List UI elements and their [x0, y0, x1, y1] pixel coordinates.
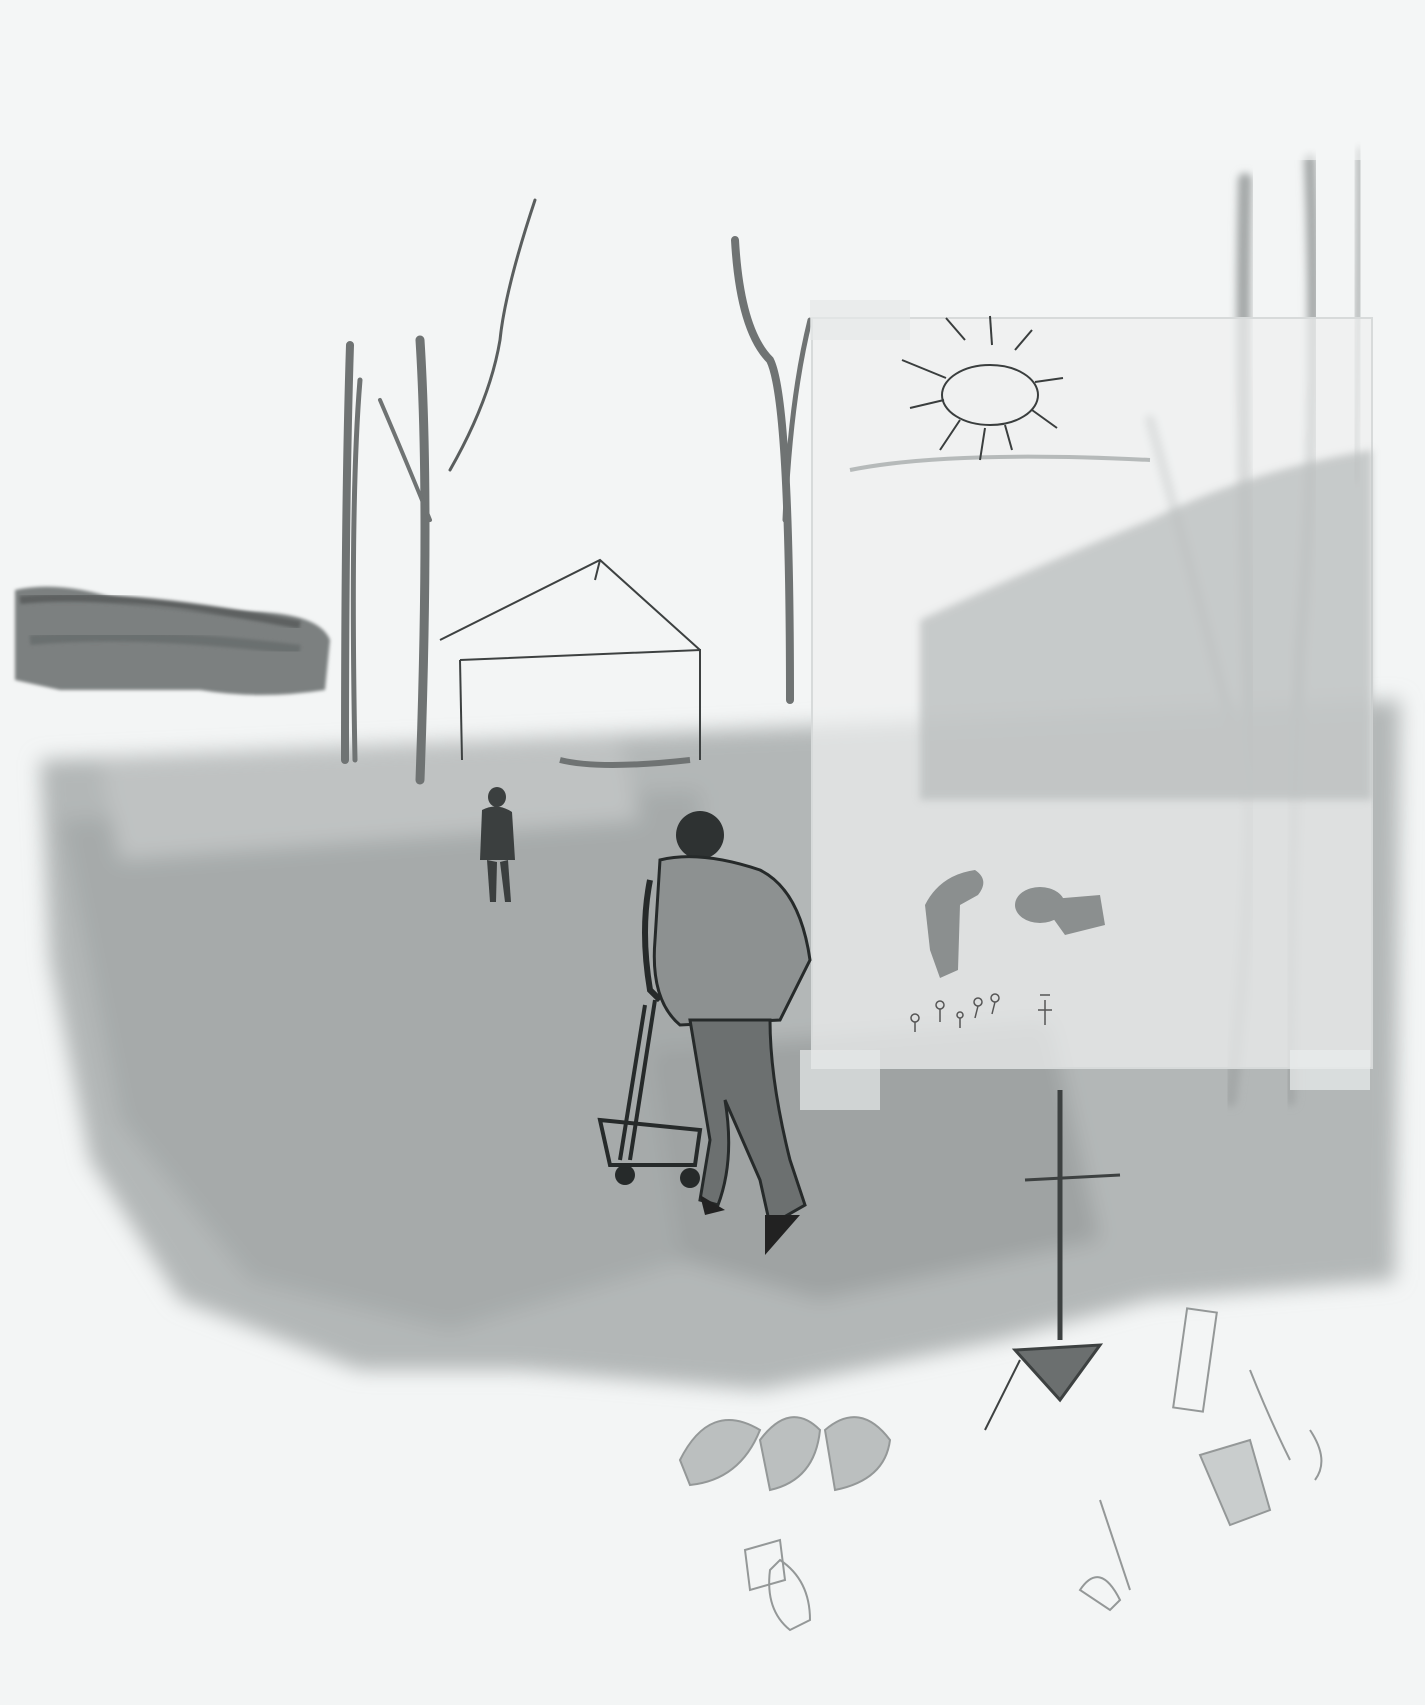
drawing — [0, 0, 1425, 1705]
artwork-canvas — [0, 0, 1425, 1705]
overlay-sheet — [800, 300, 1372, 1110]
